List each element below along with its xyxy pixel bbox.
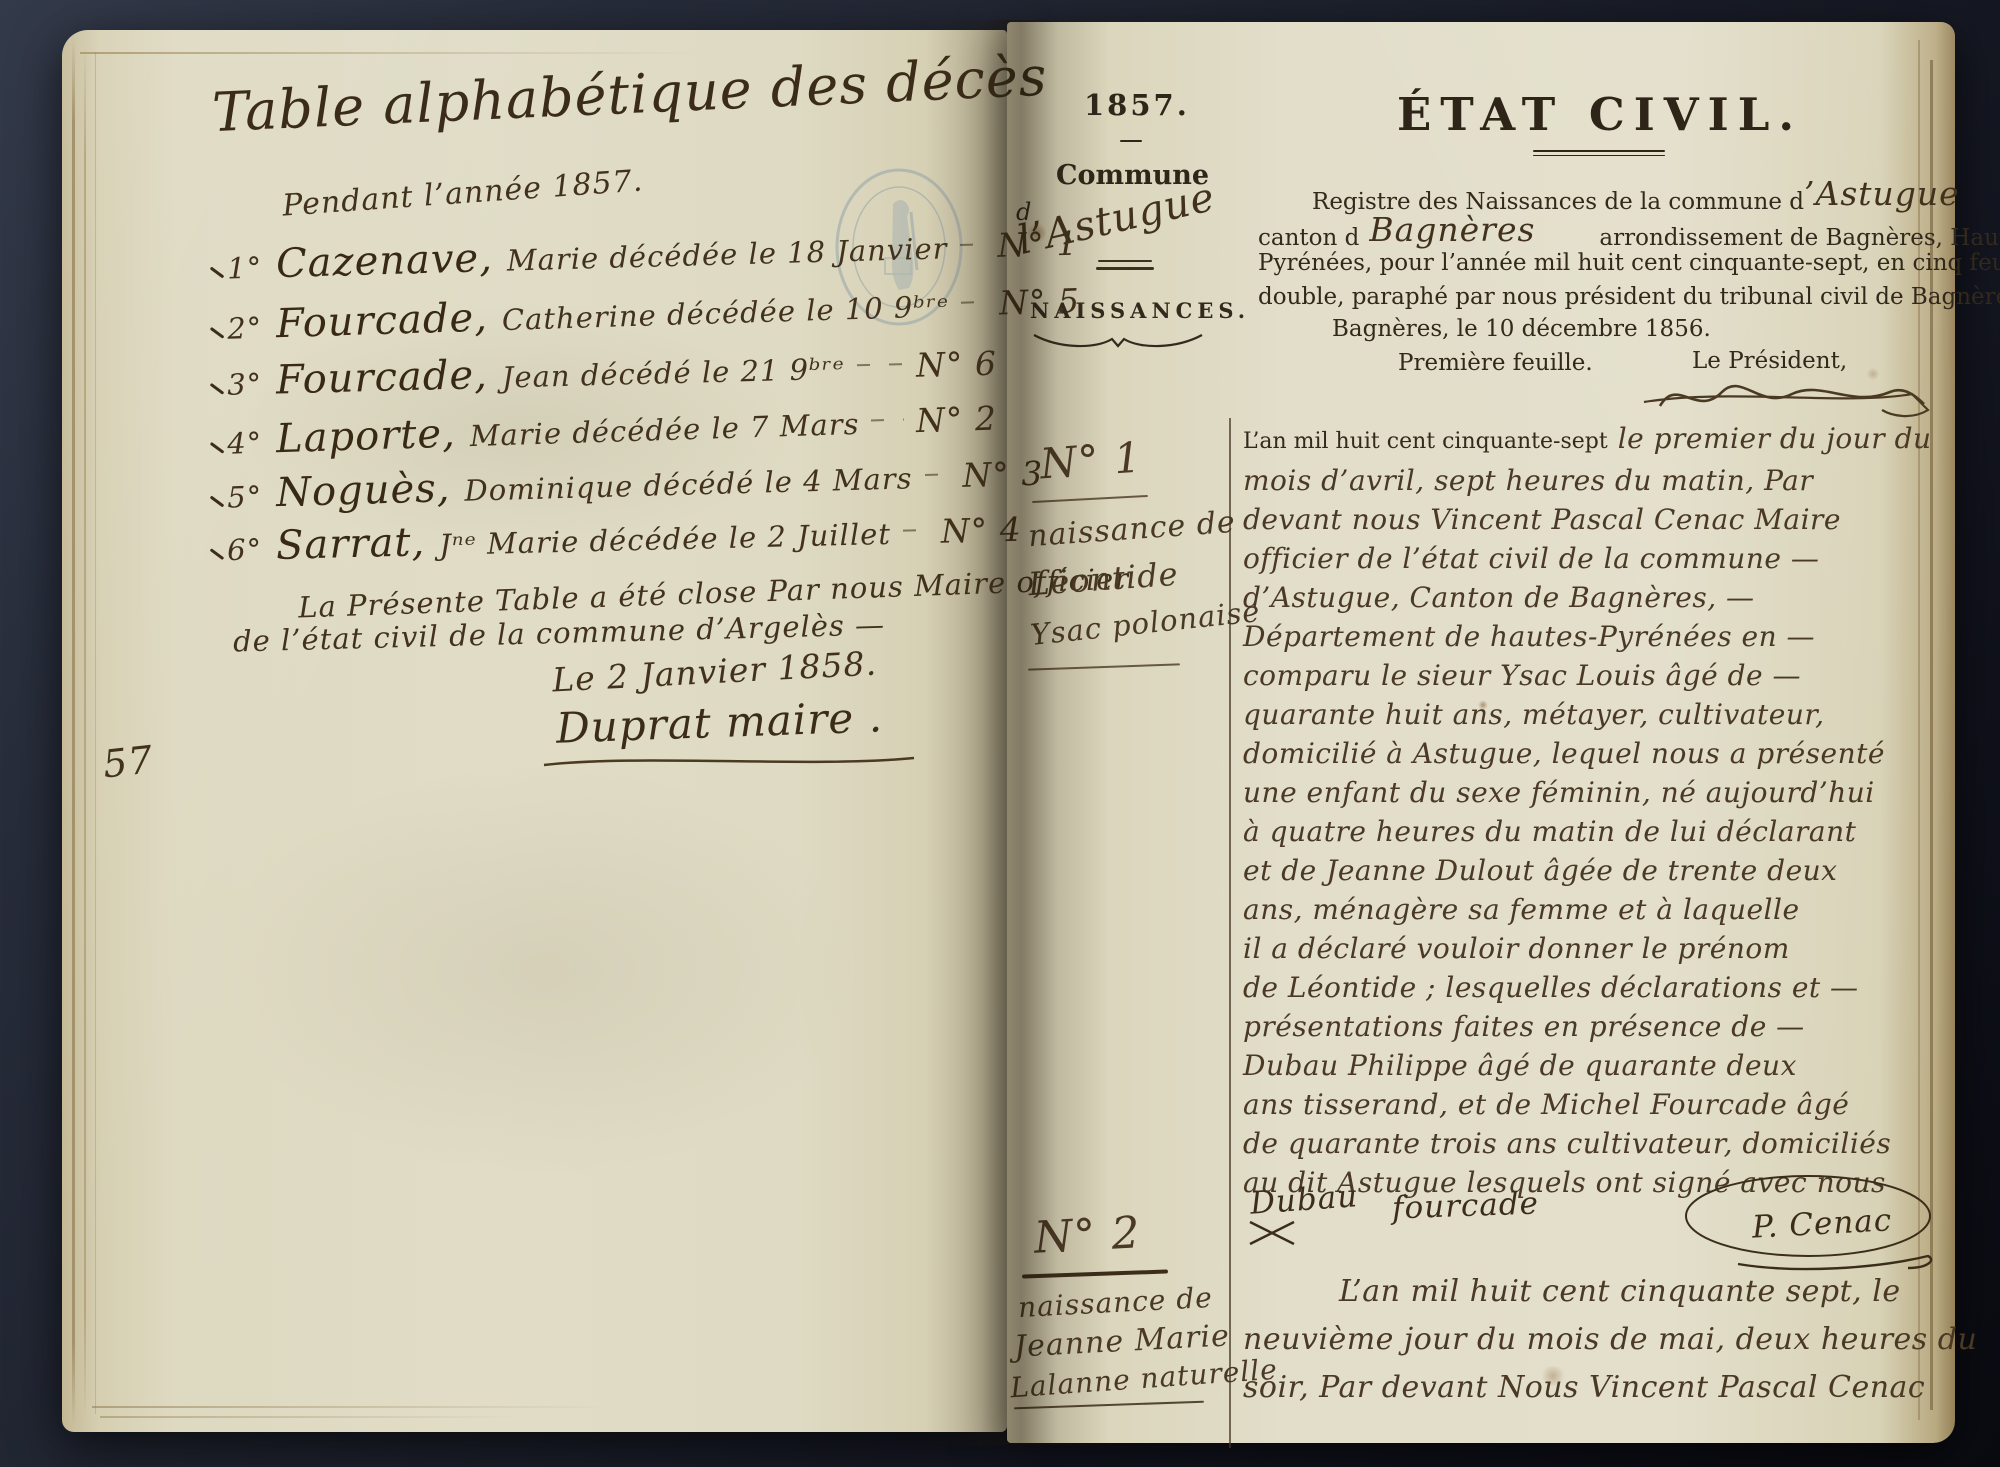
witness-signature: Dubau: [1249, 1178, 1359, 1221]
record1-line: Département de hautes-Pyrénées en —: [1243, 617, 1923, 656]
entry-register-number: N° 6: [916, 344, 998, 385]
record1-line: de Léontide ; lesquelles déclarations et…: [1243, 968, 1923, 1007]
register-date-line: Bagnères, le 10 décembre 1856.: [1332, 316, 1711, 342]
entry-surname: Cazenave,: [275, 235, 493, 287]
entry-tick-mark: [210, 383, 225, 395]
naissances-section-label: NAISSANCES.: [1030, 298, 1250, 323]
record1-line: une enfant du sexe féminin, né aujourd’h…: [1243, 773, 1923, 812]
signature-oval-flourish: [1678, 1168, 1944, 1280]
record1-line: il a déclaré vouloir donner le prénom: [1243, 929, 1923, 968]
record1-line: devant nous Vincent Pascal Cenac Maire: [1243, 500, 1923, 539]
year-label: 1857.: [1084, 88, 1190, 122]
dotted-leader: [903, 529, 929, 532]
entry-register-number: N° 4: [940, 510, 1022, 551]
entry-details: Jean décédé le 21 9ᵇʳᵉ: [501, 352, 845, 395]
record1-line: officier de l’état civil de la commune —: [1243, 539, 1923, 578]
birth-record-1: L’an mil huit cent cinquante-septle prem…: [1243, 419, 1923, 1202]
register-paragraph-line: Pyrénées, pour l’année mil huit cent cin…: [1258, 250, 2000, 276]
etat-civil-title: ÉTAT CIVIL.: [1390, 88, 1810, 141]
record1-line: d’Astugue, Canton de Bagnères, —: [1243, 578, 1923, 617]
record2-line: soir, Par devant Nous Vincent Pascal Cen…: [1243, 1364, 1943, 1412]
margin-double-rule: [1096, 267, 1154, 270]
entry-number: 6°: [227, 532, 263, 567]
entry-surname: Sarrat,: [275, 519, 425, 569]
entry-number: 2°: [227, 311, 263, 346]
entry-tick-mark: [210, 267, 225, 279]
entry-surname: Fourcade,: [275, 295, 488, 348]
president-signature-scrawl: [1642, 358, 1932, 428]
dotted-leader: [857, 363, 904, 366]
left-page-edge-line: [95, 52, 96, 1414]
signature-cross-strokes: [1246, 1218, 1300, 1248]
record1-line: et de Jeanne Dulout âgée de trente deux: [1243, 851, 1923, 890]
entry-number: 1°: [227, 250, 263, 285]
left-page-bottom-edge-line: [92, 1406, 612, 1408]
record2-line: neuvième jour du mois de mai, deux heure…: [1243, 1316, 1943, 1364]
record1-line: Dubau Philippe âgé de quarante deux: [1243, 1046, 1923, 1085]
left-page-edge-line: [72, 40, 75, 1424]
left-page-bottom-edge-line: [100, 1416, 520, 1418]
record1-line: domicilié à Astugue, lequel nous a prése…: [1243, 734, 1923, 773]
record1-printed-opening: L’an mil huit cent cinquante-sept: [1243, 429, 1608, 454]
record1-line: mois d’avril, sept heures du matin, Par: [1243, 461, 1923, 500]
first-sheet-label: Première feuille.: [1398, 350, 1593, 376]
year-dash: [1120, 140, 1142, 142]
left-page-top-edge-line: [80, 52, 700, 54]
dotted-leader: [871, 418, 904, 421]
record1-line: ans, ménagère sa femme et à laquelle: [1243, 890, 1923, 929]
record1-margin-number: N° 1: [1038, 433, 1143, 489]
left-margin-number: 57: [101, 737, 156, 786]
register-commune-handwritten: ’Astugue: [1804, 174, 1960, 213]
entry-tick-mark: [210, 496, 225, 508]
entry-number: 5°: [227, 479, 263, 514]
record1-line: de quarante trois ans cultivateur, domic…: [1243, 1124, 1923, 1163]
entry-surname: Laporte,: [275, 411, 456, 463]
register-paragraph-line: double, paraphé par nous président du tr…: [1258, 284, 2000, 310]
record2-line: L’an mil huit cent cinquante sept, le: [1243, 1268, 1943, 1316]
entry-tick-mark: [210, 548, 225, 560]
record1-line: comparu le sieur Ysac Louis âgé de —: [1243, 656, 1923, 695]
entry-register-number: N° 2: [915, 399, 997, 441]
entry-tick-mark: [210, 327, 225, 339]
entry-tick-mark: [210, 442, 225, 454]
naissances-flourish: [1032, 330, 1204, 354]
dotted-leader: [959, 243, 985, 246]
register-paragraph-line: canton dBagnèresarrondissement de Bagnèr…: [1258, 214, 2000, 253]
scanned-register-photo: Table alphabétique des décès Pendant l’a…: [0, 0, 2000, 1467]
record1-line: le premier du jour du: [1618, 422, 1932, 455]
record1-line: quarante huit ans, métayer, cultivateur,: [1243, 695, 1923, 734]
title-underline: [1533, 155, 1665, 156]
register-line2-print: canton d: [1258, 225, 1359, 251]
margin-double-rule: [1098, 260, 1152, 262]
record1-line: présentations faites en présence de —: [1243, 1007, 1923, 1046]
entry-surname: Fourcade,: [275, 352, 488, 404]
entry-number: 3°: [227, 367, 263, 402]
signature-underline-flourish: [540, 752, 920, 770]
dotted-leader: [924, 473, 950, 476]
entry-surname: Noguès,: [275, 465, 451, 516]
witness-signature: fourcade: [1391, 1185, 1539, 1226]
title-underline: [1533, 150, 1665, 152]
record2-margin-number: N° 2: [1033, 1207, 1142, 1264]
register-line2-print-b: arrondissement de Bagnères, Hautes-: [1599, 225, 2000, 251]
record1-line: à quatre heures du matin de lui déclaran…: [1243, 812, 1923, 851]
entry-number: 4°: [227, 426, 263, 461]
record1-line: ans tisserand, et de Michel Fourcade âgé: [1243, 1085, 1923, 1124]
dotted-leader: [961, 301, 987, 304]
birth-record-2: L’an mil huit cent cinquante sept, le ne…: [1243, 1268, 1943, 1412]
entry-details: Jⁿᵉ Marie décédée le 2 Juillet: [439, 517, 892, 562]
register-canton-handwritten: Bagnères: [1369, 210, 1535, 249]
left-page-edge-line: [84, 46, 86, 1418]
entry-register-number: N° 3: [962, 454, 1044, 495]
margin-separator-rule: [1229, 418, 1231, 1448]
